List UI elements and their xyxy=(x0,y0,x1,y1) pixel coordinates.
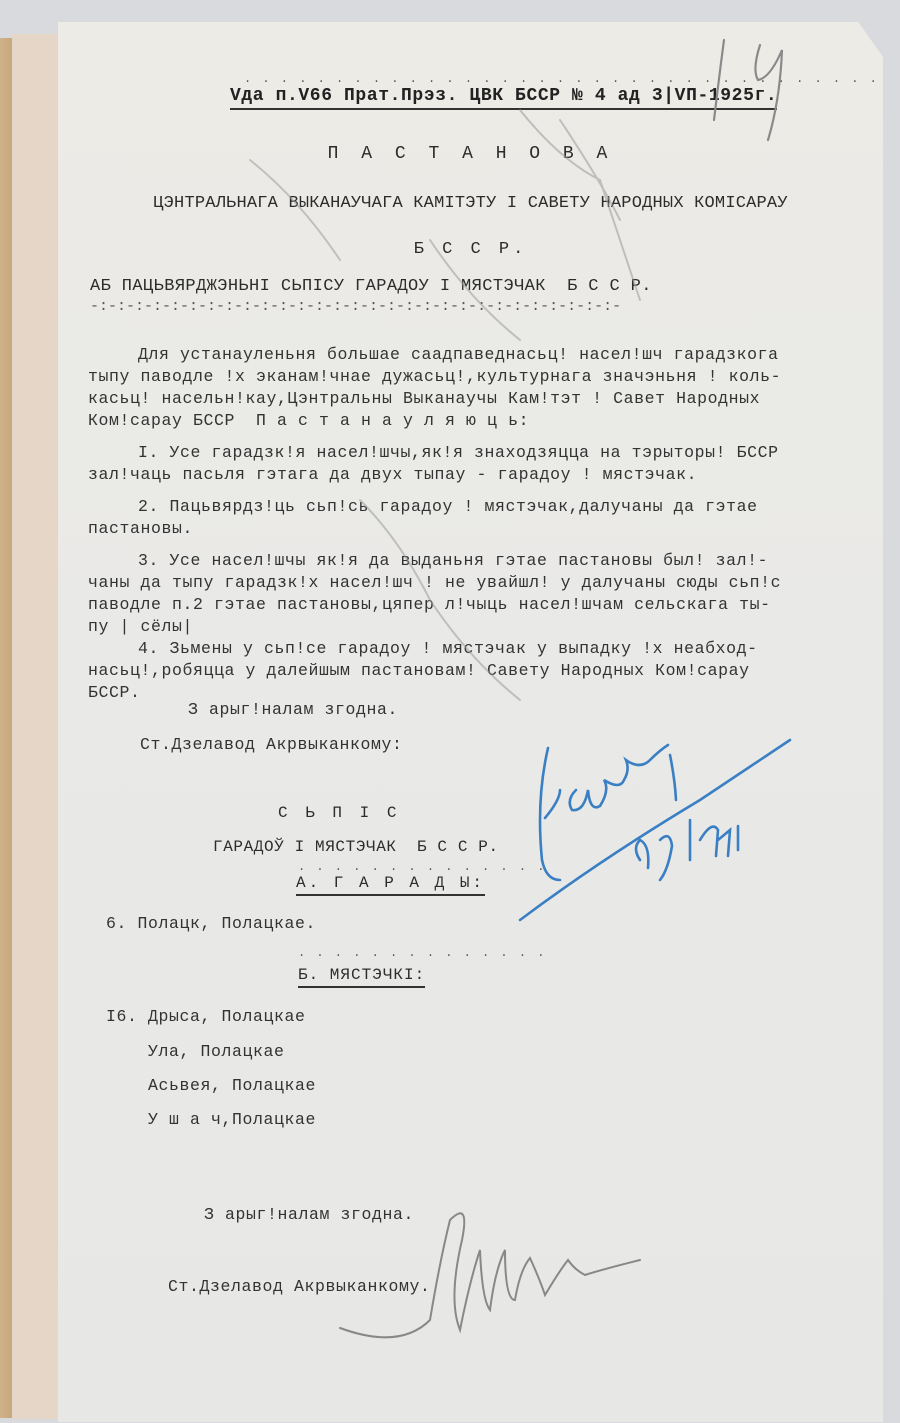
preamble: Для устанауленьня большае саадпаведнасьц… xyxy=(88,344,781,432)
preamble-line: касьц! насельн!кау,Цэнтральны Выканаучы … xyxy=(88,388,781,410)
list-item-number: I6. xyxy=(106,1007,138,1026)
subject-divider: -:-:-:-:-:-:-:-:-:-:-:-:-:-:-:-:-:-:-:-:… xyxy=(90,298,621,315)
list-item: У ш а ч,Полацкае xyxy=(148,1110,316,1129)
reference-line: Vда п.V66 Прат.Прэз. ЦВК БССР № 4 ад 3|V… xyxy=(230,86,777,110)
list-item: 6. Полацк, Полацкае. xyxy=(106,914,316,933)
list-subtitle: ГАРАДОЎ І МЯСТЭЧАК Б С С Р. xyxy=(213,838,499,856)
list-item: Асьвея, Полацкае xyxy=(148,1076,316,1095)
clause-line: пастановы. xyxy=(88,518,758,540)
document-page: . . . . . . . . . . . . . . . . . . . . … xyxy=(58,22,883,1422)
preamble-line: Ком!сарау БССР П а с т а н а у л я ю ц ь… xyxy=(88,410,781,432)
signatory-line: Ст.Дзелавод Акрвыканкому: xyxy=(140,734,403,756)
clause-line: пу | сёлы| xyxy=(88,616,781,638)
clause-4: 4. Зьмены у сьп!се гарадоу ! мястэчак у … xyxy=(88,638,758,704)
list-item-text: Дрыса, Полацкае xyxy=(148,1007,306,1026)
subject-line: АБ ПАЦЬВЯРДЖЭНЬНІ СЬПІСУ ГАРАДОУ І МЯСТЭ… xyxy=(90,277,652,296)
clause-line: чаны да тыпу гарадзк!х насел!шч ! не ува… xyxy=(88,572,781,594)
signatory-line: Ст.Дзелавод Акрвыканкому. xyxy=(168,1276,431,1298)
certification-text: З арыг!налам згодна. xyxy=(204,1204,414,1226)
clause-line: паводле п.2 гэтае пастановы,цяпер л!чыць… xyxy=(88,594,781,616)
certification-text: З арыг!налам згодна. xyxy=(188,699,398,721)
clause-line: насьц!,робяцца у далейшым пастановам! Са… xyxy=(88,660,758,682)
list-item: Ула, Полацкае xyxy=(148,1042,285,1061)
list-item-text: Полацк, Полацкае. xyxy=(138,914,317,933)
clause-line: зал!чаць пасьля гэтага да двух тыпау - г… xyxy=(88,464,779,486)
document-title: П А С Т А Н О В А xyxy=(58,144,883,164)
issuer-line: ЦЭНТРАЛЬНАГА ВЫКАНАУЧАГА КАМІТЭТУ І САВЕ… xyxy=(58,194,883,213)
dotted-rule: . . . . . . . . . . . . . . . . . . . . … xyxy=(244,72,900,86)
clause-1: I. Усе гарадзк!я насел!шчы,як!я знаходзя… xyxy=(88,442,779,486)
clause-2: 2. Пацьвярдз!ць сьп!сь гарадоу ! мястэча… xyxy=(88,496,758,540)
clause-line: I. Усе гарадзк!я насел!шчы,як!я знаходзя… xyxy=(88,442,779,464)
list-item: I6. Дрыса, Полацкае xyxy=(106,1007,306,1026)
list-title: С Ь П І С xyxy=(278,804,400,822)
section-a-heading: А. Г А Р А Д Ы: xyxy=(296,874,485,896)
section-b-heading: Б. МЯСТЭЧКІ: xyxy=(298,966,425,988)
dotted-rule: . . . . . . . . . . . . . . xyxy=(298,860,546,874)
dotted-rule: . . . . . . . . . . . . . . xyxy=(298,946,546,960)
clause-line: 4. Зьмены у сьп!се гарадоу ! мястэчак у … xyxy=(88,638,758,660)
clause-line: 3. Усе насел!шчы як!я да выданьня гэтае … xyxy=(88,550,781,572)
preamble-line: Для устанауленьня большае саадпаведнасьц… xyxy=(88,344,781,366)
issuer-country: Б С С Р. xyxy=(58,240,883,259)
preamble-line: тыпу паводле !х эканам!чнае дужасьц!,кул… xyxy=(88,366,781,388)
clause-line: 2. Пацьвярдз!ць сьп!сь гарадоу ! мястэча… xyxy=(88,496,758,518)
list-item-number: 6. xyxy=(106,914,127,933)
clause-3: 3. Усе насел!шчы як!я да выданьня гэтае … xyxy=(88,550,781,638)
